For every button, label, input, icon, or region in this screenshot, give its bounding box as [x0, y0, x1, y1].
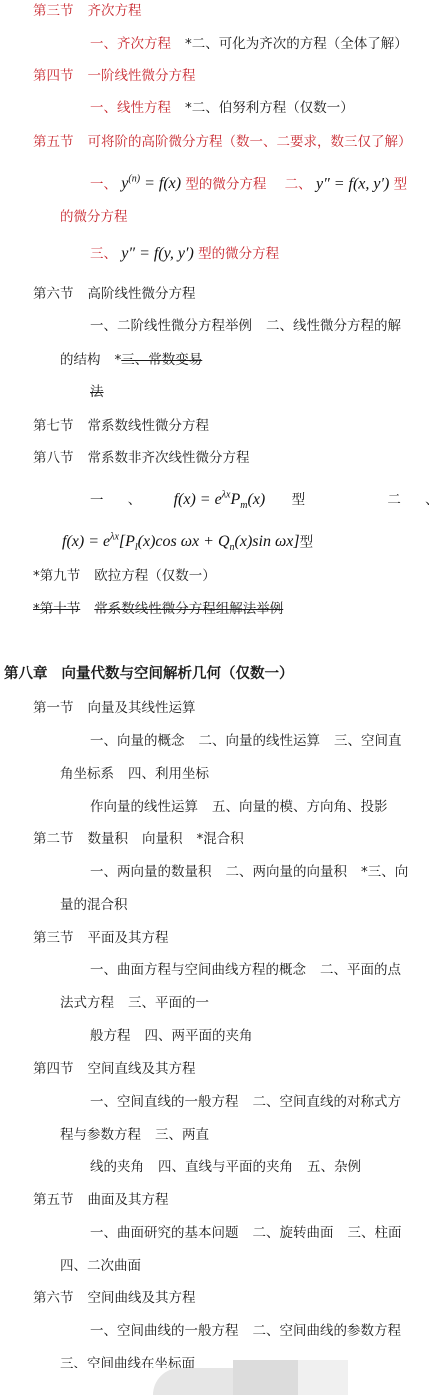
- item: 一、空间曲线的一般方程: [90, 1323, 239, 1339]
- section-title: 齐次方程: [88, 3, 142, 19]
- ch8-section-5-heading: 第五节曲面及其方程: [33, 1190, 169, 1210]
- section-9-heading: *第九节欧拉方程（仅数一）: [33, 566, 216, 586]
- ch8-section-2-heading: 第二节数量积向量积*混合积: [33, 829, 244, 849]
- section-title: *混合积: [197, 831, 244, 847]
- watermark-shape: [298, 1360, 348, 1395]
- section-title: 高阶线性微分方程: [88, 286, 196, 302]
- item: 一、齐次方程: [90, 36, 171, 52]
- item: 一、空间直线的一般方程: [90, 1094, 239, 1110]
- section-5-item-line-cont: 的微分方程: [60, 207, 128, 227]
- section-title: 常系数线性微分方程组解法举例: [94, 601, 283, 617]
- section-number: 第四节: [33, 68, 74, 84]
- ch8-section-3-items: 一、曲面方程与空间曲线方程的概念二、平面的点: [90, 960, 401, 980]
- item: 一、曲面方程与空间曲线方程的概念: [90, 962, 306, 978]
- section-title: 数量积: [88, 831, 129, 847]
- section-6-items-cont2: 法: [90, 382, 104, 402]
- section-title: 向量及其线性运算: [88, 700, 196, 716]
- ch8-section-1-items-cont2: 作向量的线性运算五、向量的模、方向角、投影: [90, 797, 388, 817]
- section-number: 第一节: [33, 700, 74, 716]
- section-title: 空间直线及其方程: [88, 1061, 196, 1077]
- section-number: 第六节: [33, 1290, 74, 1306]
- item: 般方程: [90, 1028, 131, 1044]
- watermark-shape: [233, 1360, 298, 1395]
- section-number: 第八节: [33, 450, 74, 466]
- item: 一、曲面研究的基本问题: [90, 1225, 239, 1241]
- section-title: 一阶线性微分方程: [88, 68, 196, 84]
- section-6-heading: 第六节高阶线性微分方程: [33, 284, 196, 304]
- item: 三、柱面: [348, 1225, 402, 1241]
- section-3-heading: 第三节齐次方程: [33, 1, 142, 21]
- ch8-section-6-items: 一、空间曲线的一般方程二、空间曲线的参数方程: [90, 1321, 401, 1341]
- item-marker: 二、: [285, 176, 312, 192]
- item: 程与参数方程: [60, 1127, 141, 1143]
- ch8-section-6-items-cont: 三、空间曲线在坐标面: [60, 1354, 195, 1368]
- section-title: 平面及其方程: [88, 930, 169, 946]
- section-title: 空间曲线及其方程: [88, 1290, 196, 1306]
- section-title: 可将阶的高阶微分方程（数一、二要求，数三仅了解）: [88, 134, 412, 150]
- chapter-number: 第八章: [4, 666, 48, 682]
- item: 二、向量的线性运算: [199, 733, 321, 749]
- section-title: 常系数线性微分方程: [88, 418, 210, 434]
- section-8-heading: 第八节常系数非齐次线性微分方程: [33, 448, 250, 468]
- item-text: 型: [394, 176, 408, 192]
- section-6-items-cont: 的结构*三、常数变易: [60, 350, 202, 370]
- item-marker: 三、: [90, 246, 117, 262]
- item: *二、伯努利方程（仅数一）: [185, 100, 354, 116]
- item: 角坐标系: [60, 766, 114, 782]
- section-number: 第四节: [33, 1061, 74, 1077]
- item: *二、可化为齐次的方程（全体了解）: [185, 36, 408, 52]
- ch8-section-3-items-cont2: 般方程四、两平面的夹角: [90, 1026, 253, 1046]
- ch8-section-2-items: 一、两向量的数量积二、两向量的向量积*三、向: [90, 862, 408, 882]
- item: 的结构: [60, 352, 101, 368]
- item: 四、两平面的夹角: [145, 1028, 253, 1044]
- section-number: 第三节: [33, 930, 74, 946]
- item: 量的混合积: [60, 897, 128, 913]
- formula: y(n) = f(x): [121, 175, 181, 192]
- item: 二、两向量的向量积: [226, 864, 348, 880]
- item: 三、空间直: [334, 733, 402, 749]
- section-8-item-formula: f(x) = eλx[Pl(x)cos ωx + Qn(x)sin ωx]型: [62, 528, 313, 559]
- ch8-section-3-heading: 第三节平面及其方程: [33, 928, 169, 948]
- ch8-section-2-items-cont: 量的混合积: [60, 895, 128, 915]
- formula: y″ = f(y, y′): [121, 245, 193, 262]
- item: 一、线性方程: [90, 100, 171, 116]
- ch8-section-1-heading: 第一节向量及其线性运算: [33, 698, 196, 718]
- struck-item: 三、常数变易: [121, 352, 202, 368]
- item-text: 型: [300, 534, 314, 550]
- formula: f(x) = eλx[Pl(x)cos ωx + Qn(x)sin ωx]: [62, 533, 300, 550]
- item: 一、向量的概念: [90, 733, 185, 749]
- section-5-item-line: 一、 y(n) = f(x) 型的微分方程 二、 y″ = f(x, y′) 型: [90, 170, 407, 194]
- ch8-section-4-heading: 第四节空间直线及其方程: [33, 1059, 196, 1079]
- item: 五、杂例: [307, 1159, 361, 1175]
- item: 一、二阶线性微分方程举例: [90, 318, 252, 334]
- ch8-section-3-items-cont: 法式方程三、平面的一: [60, 993, 209, 1013]
- section-title: 常系数非齐次线性微分方程: [88, 450, 250, 466]
- ch8-section-5-items-cont: 四、二次曲面: [60, 1256, 141, 1276]
- section-6-items: 一、二阶线性微分方程举例二、线性微分方程的解: [90, 316, 401, 336]
- section-10-heading: *第十节常系数线性微分方程组解法举例: [33, 599, 283, 619]
- item-marker: 一: [90, 492, 104, 508]
- section-number: *第九节: [33, 568, 80, 584]
- section-8-item-line: 一 、 f(x) = eλxPm(x) 型 二 、: [90, 486, 430, 517]
- ch8-section-4-items-cont: 程与参数方程三、两直: [60, 1125, 209, 1145]
- ch8-section-5-items: 一、曲面研究的基本问题二、旋转曲面三、柱面: [90, 1223, 402, 1243]
- section-number: 第二节: [33, 831, 74, 847]
- item: 四、二次曲面: [60, 1258, 141, 1274]
- item-text: 型的微分方程: [185, 176, 266, 192]
- section-4-items: 一、线性方程*二、伯努利方程（仅数一）: [90, 98, 354, 118]
- item: 作向量的线性运算: [90, 799, 198, 815]
- item: 二、线性微分方程的解: [266, 318, 401, 334]
- item: 五、向量的模、方向角、投影: [212, 799, 388, 815]
- item: 二、空间曲线的参数方程: [253, 1323, 402, 1339]
- section-5-item-3: 三、 y″ = f(y, y′) 型的微分方程: [90, 244, 279, 264]
- item: 三、平面的一: [128, 995, 209, 1011]
- item: *三、向: [361, 864, 408, 880]
- ch8-section-1-items-cont: 角坐标系四、利用坐标: [60, 764, 209, 784]
- item-marker: 二: [387, 492, 401, 508]
- item: 线的夹角: [90, 1159, 144, 1175]
- item: 一、两向量的数量积: [90, 864, 212, 880]
- section-number: *第十节: [33, 601, 80, 617]
- section-number: 第三节: [33, 3, 74, 19]
- ch8-section-4-items: 一、空间直线的一般方程二、空间直线的对称式方: [90, 1092, 401, 1112]
- section-number: 第五节: [33, 134, 74, 150]
- separator: 、: [425, 492, 439, 508]
- ch8-section-6-heading: 第六节空间曲线及其方程: [33, 1288, 196, 1308]
- section-title: 向量积: [142, 831, 183, 847]
- section-number: 第六节: [33, 286, 74, 302]
- section-4-heading: 第四节一阶线性微分方程: [33, 66, 196, 86]
- section-5-heading: 第五节可将阶的高阶微分方程（数一、二要求，数三仅了解）: [33, 132, 412, 152]
- item-marker: 一、: [90, 176, 117, 192]
- section-number: 第五节: [33, 1192, 74, 1208]
- item: 二、平面的点: [320, 962, 401, 978]
- item: 四、直线与平面的夹角: [158, 1159, 293, 1175]
- separator: 、: [128, 492, 142, 508]
- section-title: 欧拉方程（仅数一）: [94, 568, 216, 584]
- struck-item: 法: [90, 384, 104, 400]
- item: 二、旋转曲面: [253, 1225, 334, 1241]
- item-text: 型: [292, 492, 306, 508]
- item-text: 的微分方程: [60, 209, 128, 225]
- item: 三、空间曲线在坐标面: [60, 1356, 195, 1368]
- item: 三、两直: [155, 1127, 209, 1143]
- chapter-title: 向量代数与空间解析几何（仅数一）: [62, 666, 294, 682]
- watermark-shape: [153, 1368, 233, 1395]
- ch8-section-1-items: 一、向量的概念二、向量的线性运算三、空间直: [90, 731, 402, 751]
- chapter-8-heading: 第八章向量代数与空间解析几何（仅数一）: [4, 664, 294, 684]
- formula: f(x) = eλxPm(x): [174, 491, 266, 508]
- item: 二、空间直线的对称式方: [253, 1094, 402, 1110]
- section-3-items: 一、齐次方程*二、可化为齐次的方程（全体了解）: [90, 34, 408, 54]
- section-7-heading: 第七节常系数线性微分方程: [33, 416, 209, 436]
- item-text: 型的微分方程: [198, 246, 279, 262]
- section-title: 曲面及其方程: [88, 1192, 169, 1208]
- section-number: 第七节: [33, 418, 74, 434]
- ch8-section-4-items-cont2: 线的夹角四、直线与平面的夹角五、杂例: [90, 1157, 361, 1177]
- item: 法式方程: [60, 995, 114, 1011]
- formula: y″ = f(x, y′): [316, 175, 389, 192]
- item: 四、利用坐标: [128, 766, 209, 782]
